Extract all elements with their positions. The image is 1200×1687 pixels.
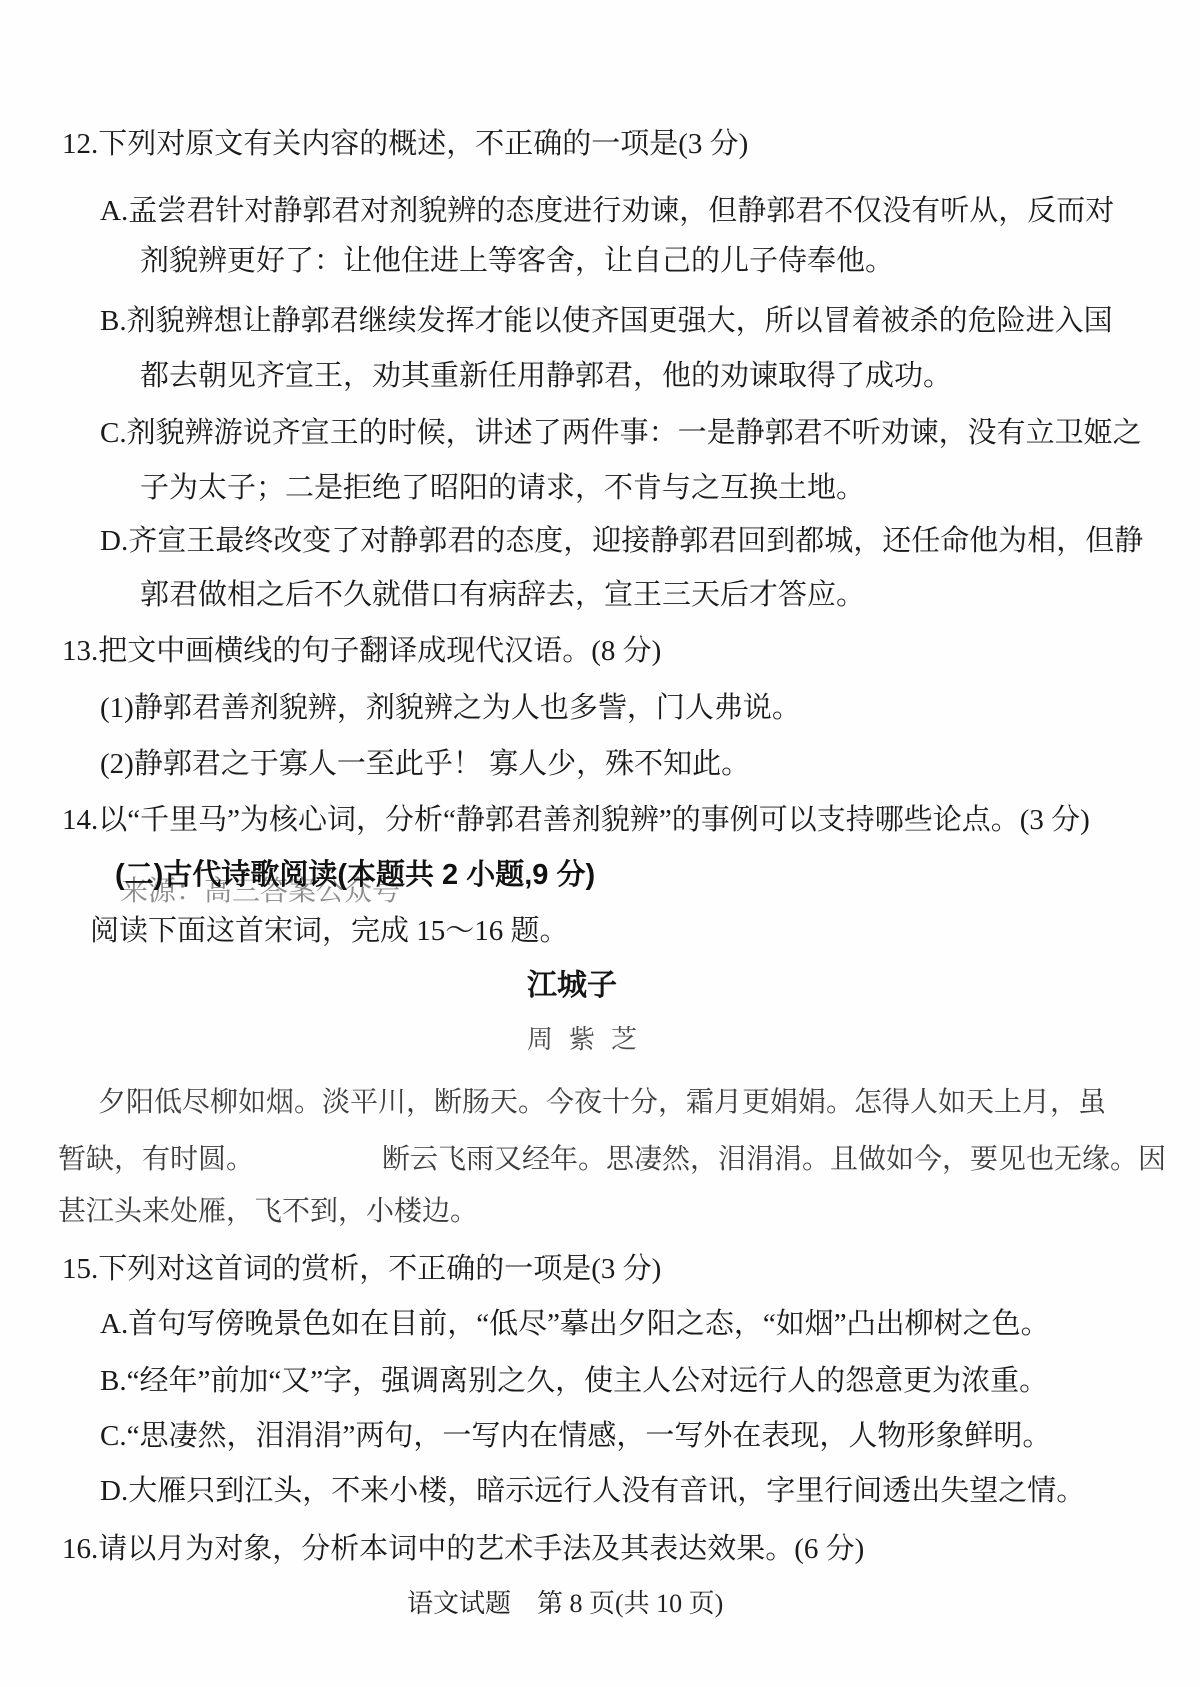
poem-line-3: 甚江头来处雁，飞不到，小楼边。: [58, 1194, 478, 1229]
page-footer: 语文试题 第 8 页(共 10 页): [407, 1588, 723, 1621]
q13-sentence-1: (1)静郭君善剂貌辨，剂貌辨之为人也多訾，门人弗说。: [100, 690, 801, 726]
poem-author: 周紫芝: [527, 1024, 653, 1057]
q12-option-d-line-2: 郭君做相之后不久就借口有病辞去，宣王三天后才答应。: [140, 577, 865, 613]
question-13-stem: 13.把文中画横线的句子翻译成现代汉语。(8 分): [62, 633, 661, 669]
q15-option-b: B.“经年”前加“又”字，强调离别之久，使主人公对远行人的怨意更为浓重。: [100, 1363, 1048, 1399]
q12-option-c-line-2: 子为太子；二是拒绝了昭阳的请求，不肯与之互换土地。: [140, 470, 865, 506]
q12-option-d-line-1: D.齐宣王最终改变了对静郭君的态度，迎接静郭君回到都城，还任命他为相，但静: [100, 523, 1143, 559]
q13-sentence-2: (2)静郭君之于寡人一至此乎！ 寡人少，殊不知此。: [100, 746, 750, 782]
q12-option-b-line-2: 都去朝见齐宣王，劝其重新任用静郭君，他的劝谏取得了成功。: [140, 358, 952, 394]
section-2-intro: 阅读下面这首宋词，完成 15～16 题。: [90, 913, 569, 949]
q12-option-b-line-1: B.剂貌辨想让静郭君继续发挥才能以使齐国更强大，所以冒着被杀的危险进入国: [100, 303, 1113, 339]
poem-title: 江城子: [527, 967, 617, 1005]
question-15-stem: 15.下列对这首词的赏析，不正确的一项是(3 分): [62, 1251, 661, 1287]
q12-option-c-line-1: C.剂貌辨游说齐宣王的时候，讲述了两件事：一是静郭君不听劝谏，没有立卫姬之: [100, 415, 1142, 451]
question-14-stem: 14.以“千里马”为核心词，分析“静郭君善剂貌辨”的事例可以支持哪些论点。(3 …: [62, 802, 1090, 838]
question-12-stem: 12.下列对原文有关内容的概述，不正确的一项是(3 分): [62, 126, 748, 162]
section-2-heading: (二)古代诗歌阅读(本题共 2 小题,9 分): [115, 857, 595, 893]
q15-option-d: D.大雁只到江头，不来小楼，暗示远行人没有音讯，字里行间透出失望之情。: [100, 1473, 1085, 1509]
exam-page: 12.下列对原文有关内容的概述，不正确的一项是(3 分) A.孟尝君针对静郭君对…: [0, 0, 1200, 1687]
poem-line-2: 暂缺，有时圆。断云飞雨又经年。思凄然，泪涓涓。且做如今，要见也无缘。因: [58, 1142, 1166, 1177]
poem-line-2-lower-start: 断云飞雨又经年。思凄然，泪涓涓。且做如今，要见也无缘。因: [382, 1144, 1166, 1175]
question-16-stem: 16.请以月为对象，分析本词中的艺术手法及其表达效果。(6 分): [62, 1531, 864, 1567]
q15-option-a: A.首句写傍晚景色如在目前，“低尽”摹出夕阳之态，“如烟”凸出柳树之色。: [100, 1306, 1050, 1342]
q12-option-a-line-2: 剂貌辨更好了：让他住进上等客舍，让自己的儿子侍奉他。: [140, 243, 894, 279]
q15-option-c: C.“思凄然，泪涓涓”两句，一写内在情感，一写外在表现，人物形象鲜明。: [100, 1418, 1051, 1454]
q12-option-a-line-1: A.孟尝君针对静郭君对剂貌辨的态度进行劝谏，但静郭君不仅没有听从，反而对: [100, 193, 1114, 229]
poem-line-2-upper-end: 暂缺，有时圆。: [58, 1144, 254, 1175]
poem-line-1: 夕阳低尽柳如烟。淡平川，断肠天。今夜十分，霜月更娟娟。怎得人如天上月，虽: [98, 1085, 1106, 1120]
